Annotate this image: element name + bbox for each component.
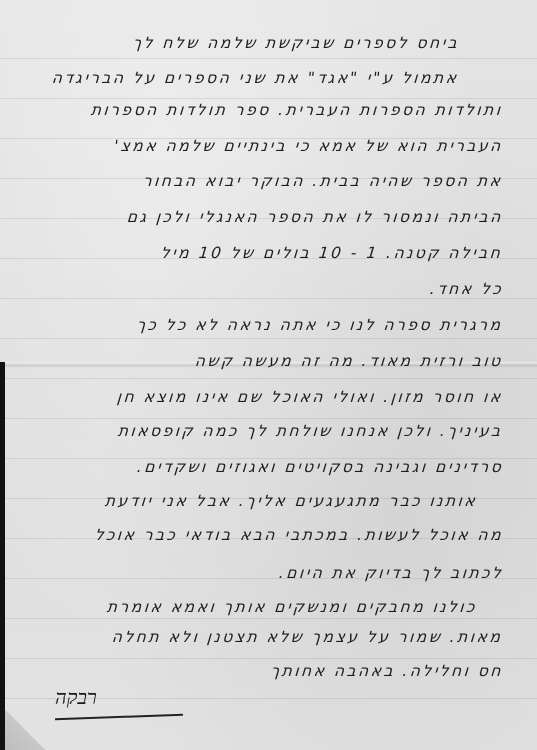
letter-line: מרגרית ספרה לנו כי אתה נראה לא כל כך (136, 316, 504, 334)
letter-line: סרדינים וגבינה בסקויטים ואגוזים ושקדים. (136, 458, 504, 476)
letter-line: או חוסר מזון. ואולי האוכל שם אינו מוצא ח… (116, 388, 504, 406)
letter-line: הביתה ונמסור לו את הספר האנגלי ולכן גם (126, 208, 504, 226)
letter-line: אתמול ע"י "אגד" את שני הספרים על הבריגדה (51, 69, 460, 87)
letter-line: כל אחד. (429, 280, 504, 298)
letter-line: ותולדות הספרות העברית. ספר תולדות הספרות (90, 101, 504, 119)
letter-line: לכתוב לך בדיוק את היום. (278, 564, 504, 582)
letter-line: העברית הוא של אמא כי בינתיים שלמה אמצ' (113, 137, 504, 155)
letter-body: ביחס לספרים שביקשת שלמה שלח לך אתמול ע"י… (0, 0, 537, 750)
letter-line: ביחס לספרים שביקשת שלמה שלח לך (132, 34, 460, 52)
signature: רבקה (55, 685, 97, 710)
letter-line: מה אוכל לעשות. במכתבי הבא בודאי כבר אוכל (94, 526, 504, 544)
letter-line: חס וחלילה. באהבה אחותך (270, 662, 504, 680)
letter-line: טוב ורזית מאוד. מה זה מעשה קשה (194, 352, 504, 370)
letter-line: כולנו מחבקים ומנשקים אותך ואמא אומרת (106, 598, 478, 616)
letter-page: ביחס לספרים שביקשת שלמה שלח לך אתמול ע"י… (0, 0, 537, 750)
letter-line: חבילה קטנה. 1 - 10 בולים של 10 מיל (161, 244, 504, 262)
letter-line: את הספר שהיה בבית. הבוקר יבוא הבחור (142, 172, 504, 190)
letter-line: מאות. שמור על עצמך שלא תצטנן ולא תחלה (111, 628, 504, 646)
letter-line: בעיניך. ולכן אנחנו שולחת לך כמה קופסאות (117, 422, 504, 440)
letter-line: אותנו כבר מתגעגעים אליך. אבל אני יודעת (104, 492, 478, 510)
